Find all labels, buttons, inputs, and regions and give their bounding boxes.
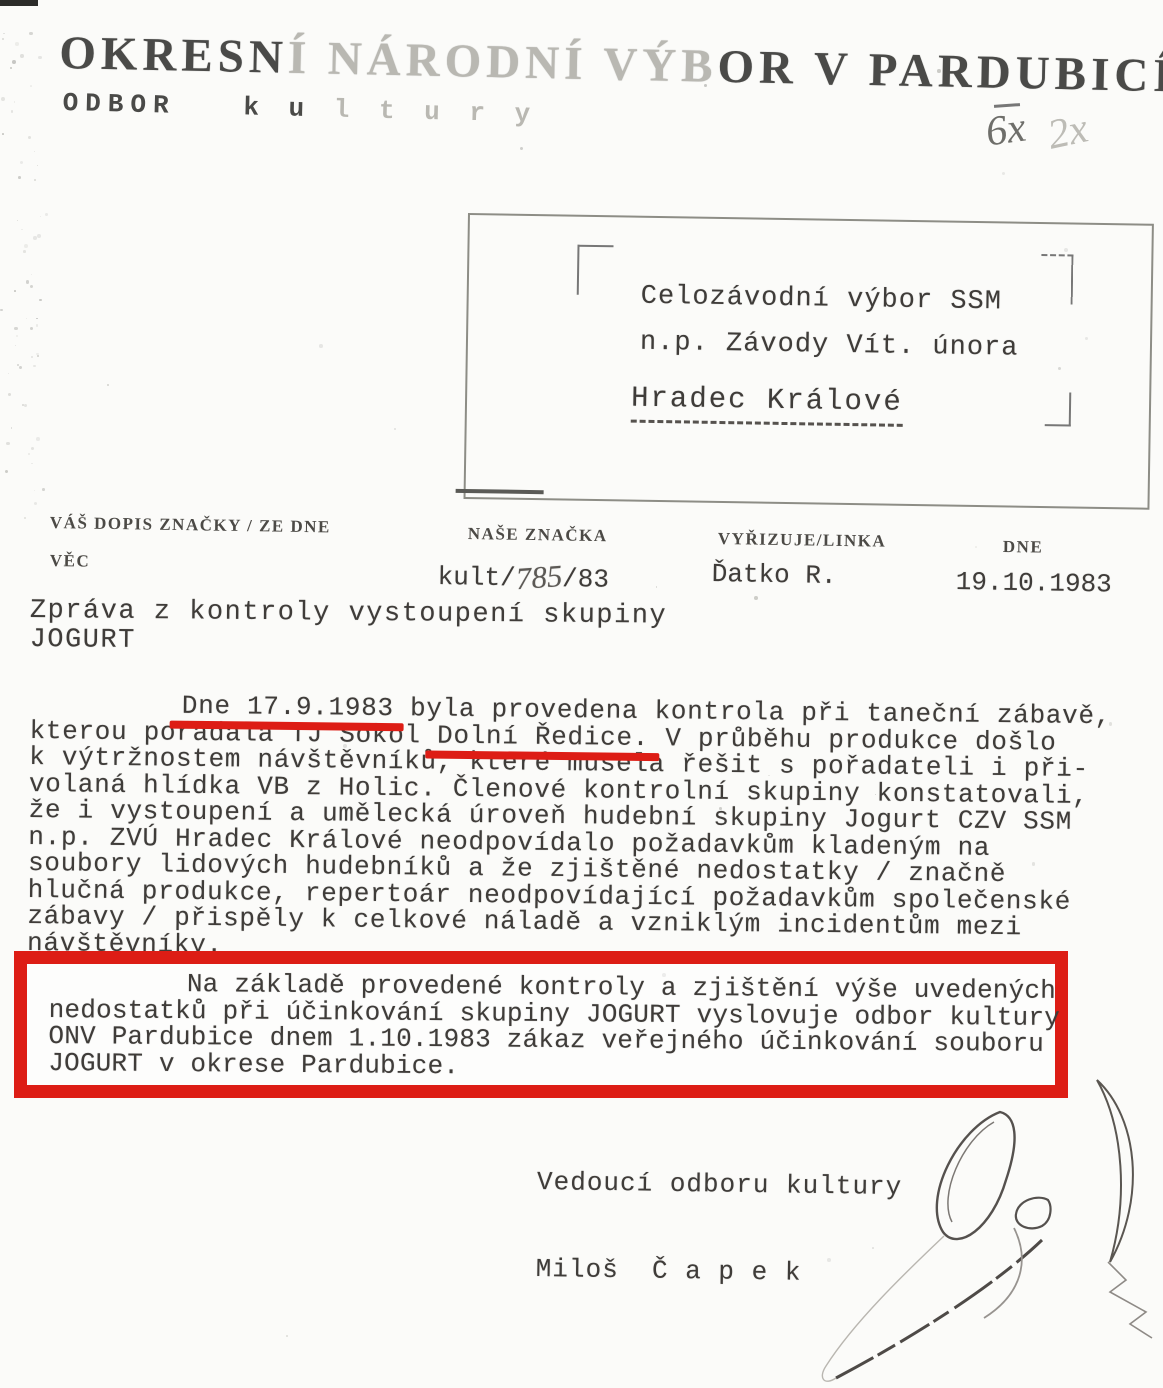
scan-noise-speck [10,67,12,69]
recipient-address-box: Celozávodní výbor SSM n.p. Závody Vít. ú… [464,213,1154,510]
scan-noise-speck [520,147,523,150]
scan-noise-speck [45,213,48,216]
scan-noise-speck [11,427,13,429]
scan-noise-speck [11,110,13,112]
scan-noise-speck [40,216,41,217]
scan-noise-speck [2,38,4,40]
scan-noise-speck [937,69,941,73]
scan-smudge [456,489,544,494]
scan-noise-speck [31,356,33,358]
scan-noise-speck [1002,172,1005,175]
scan-noise-speck [754,596,758,600]
scan-noise-speck [34,179,36,181]
scan-noise-speck [31,447,34,450]
scan-noise-speck [39,299,42,302]
scan-noise-speck [64,564,66,566]
handwritten-note-2x: 2x [1043,104,1092,159]
scan-noise-speck [16,335,18,337]
scan-noise-speck [656,586,658,588]
scan-noise-speck [14,101,16,103]
scan-noise-speck [6,442,9,445]
scan-noise-speck [31,463,33,465]
scan-noise-speck [24,517,26,519]
signature-crescent [1097,1080,1133,1262]
scan-noise-speck [28,136,31,139]
scan-noise-speck [17,364,19,366]
label-handled-by: VYŘIZUJE/LINKA [718,529,887,552]
scan-noise-speck [30,285,33,288]
recipient-org-line: Celozávodní výbor SSM [640,282,1002,318]
scan-noise-speck [23,250,26,253]
scan-noise-speck [975,546,977,548]
scan-noise-speck [19,366,22,369]
scan-noise-speck [286,1335,288,1337]
scan-noise-speck [42,488,45,491]
label-our-reference: NAŠE ZNAČKA [468,524,608,546]
label-your-reference: VÁŠ DOPIS ZNAČKY / ZE DNE [50,513,331,537]
scan-noise-speck [36,437,40,441]
handled-by-value: Ďatko R. [712,559,837,591]
scan-noise-speck [223,858,225,860]
scan-noise-speck [36,318,37,319]
scan-noise-speck [15,345,16,346]
scan-noise-speck [30,327,34,331]
scan-noise-speck [33,236,36,239]
scan-noise-speck [704,84,707,87]
scan-noise-speck [33,365,36,368]
label-subject: VĚC [50,551,91,572]
scan-noise-speck [30,85,32,87]
window-corner-mark-lower-right [1045,392,1072,426]
scan-noise-speck [719,807,722,810]
signature-downstroke [836,1240,1042,1378]
scan-artifact-mark [0,0,38,6]
scan-noise-speck [8,393,11,396]
scan-noise-speck [107,384,109,386]
scan-noise-speck [36,353,38,355]
scan-noise-speck [37,165,38,166]
scan-noise-speck [31,274,32,275]
scan-noise-speck [8,373,9,374]
scan-noise-speck [17,220,18,221]
scan-noise-speck [14,290,16,292]
recipient-company-line: n.p. Závody Vít. února [640,328,1019,364]
scan-noise-speck [343,744,347,748]
scan-noise-speck [827,1258,831,1262]
scan-noise-speck [20,54,24,58]
letterhead-department: ODBOR k u l t u r y [62,88,537,130]
signature-return-stroke [822,1236,944,1381]
date-value: 19.10.1983 [956,567,1112,599]
scan-noise-speck [24,404,27,407]
scan-noise-speck [1109,722,1112,725]
our-reference-suffix: /83 [562,564,609,595]
scan-noise-speck [0,309,3,312]
recipient-city: Hradec Králové [631,382,903,427]
scan-noise-speck [34,490,36,492]
scan-noise-speck [28,453,30,455]
signature-loop [937,1112,1015,1239]
label-date: DNE [1003,537,1044,558]
scan-noise-speck [34,502,37,505]
scan-noise-speck [2,133,4,135]
window-corner-mark-upper-right [1041,254,1074,304]
scan-noise-speck [18,176,21,179]
scan-noise-speck [26,280,30,284]
scan-noise-speck [872,1247,874,1249]
scan-noise-speck [1058,367,1061,370]
scan-noise-speck [5,470,9,474]
signature-loop-inner [948,1122,994,1222]
scan-noise-speck [37,355,39,357]
scan-noise-speck [34,151,35,152]
scan-noise-speck [3,33,4,34]
scan-noise-speck [21,229,23,231]
window-corner-mark-upper-left [577,245,614,296]
scan-noise-speck [394,428,396,430]
signature-a-circle [1016,1198,1051,1229]
scanned-letter-page: OKRESNÍ NÁRODNÍ VÝBOR V PARDUBICÍCH ODBO… [0,0,1163,1388]
scan-noise-speck [319,344,323,348]
subject-text: Zpráva z kontroly vystoupení skupiny JOG… [29,597,667,661]
red-underlined-text: Dolní Ředice. [437,720,649,752]
body-paragraph-1: Dne 17.9.1983 byla provedena kontrola př… [27,691,1111,968]
handwritten-note-6x: 6x [983,103,1029,156]
our-reference-value: kult/785/83 [437,556,609,595]
scan-noise-speck [837,910,839,912]
scan-noise-speck [38,56,41,59]
scan-noise-speck [20,161,24,165]
scan-noise-speck [29,32,32,35]
scan-noise-speck [37,234,41,238]
signature-zigzag [1108,1262,1152,1338]
red-underlined-text: Dne 17.9.1983 [182,691,394,723]
our-reference-prefix: kult/ [437,562,515,593]
our-reference-handwritten-number: 785 [515,558,564,597]
scan-noise-speck [24,244,28,248]
scan-noise-speck [26,318,27,319]
scan-noise-speck [15,42,18,45]
subject-line-2: JOGURT [29,626,667,661]
scan-noise-speck [36,324,39,327]
scan-noise-speck [12,60,16,64]
handwritten-signature [780,1060,1163,1388]
scan-noise-speck [662,973,666,977]
scan-noise-speck [1,97,5,101]
scan-noise-speck [14,327,17,330]
